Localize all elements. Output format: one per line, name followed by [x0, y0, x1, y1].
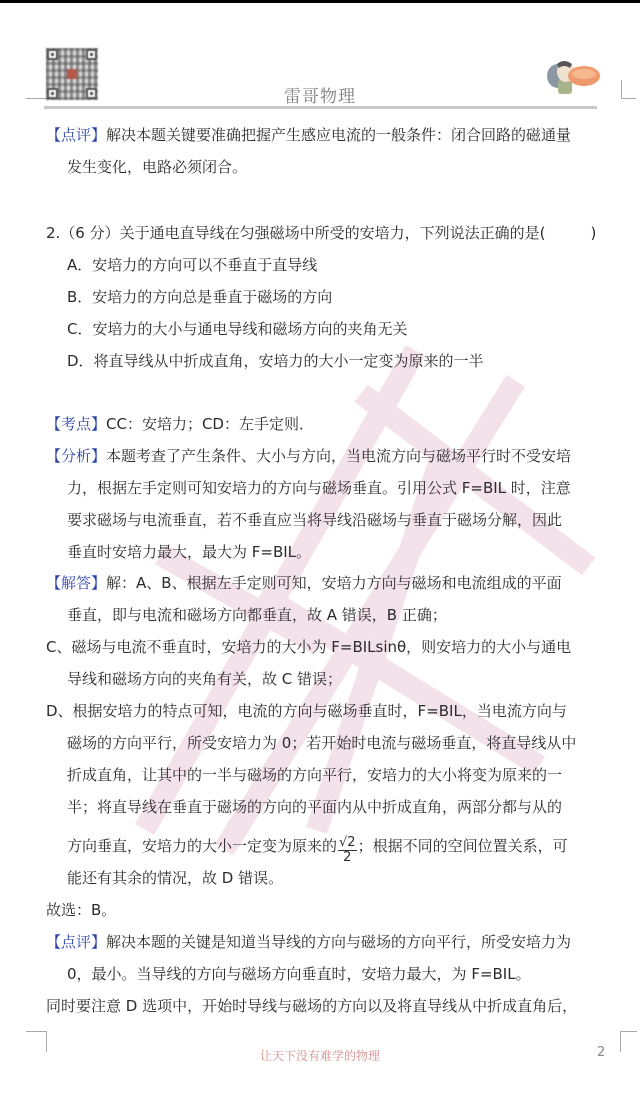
review-tag: 【点评】 — [46, 126, 106, 144]
qr-finder-icon — [86, 49, 97, 60]
fenxi-line-1: 【分析】本题考查了产生条件、大小与方向，当电流方向与磁场平行时不受安培 — [46, 446, 571, 466]
footer-corner-mark-right — [620, 1031, 637, 1052]
fenxi-line-3: 要求磁场与电流垂直，若不垂直应当将导线沿磁场与垂直于磁场分解，因此 — [67, 510, 562, 530]
kaodian-line: 【考点】CC：安培力；CD：左手定则． — [46, 414, 314, 434]
jieda-line-6: 磁场的方向平行，所受安培力为 0；若开始时电流与磁场垂直，将直导线从中 — [67, 733, 576, 753]
jieda-line-8: 半；将直导线在垂直于磁场的方向的平面内从中折成直角，两部分都与从的 — [67, 797, 562, 817]
fenxi-line-4: 垂直时安培力最大，最大为 F=BIL。 — [67, 542, 311, 562]
jieda-line-2: 垂直，即与电流和磁场方向都垂直，故 A 错误，B 正确； — [67, 605, 447, 625]
question-stem: 2.（6 分）关于通电直导线在匀强磁场中所受的安培力，下列说法正确的是( ) — [46, 223, 596, 243]
kaodian-tag: 【考点】 — [46, 415, 106, 433]
jieda-line-5: D、根据安培力的特点可知，电流的方向与磁场垂直时，F=BIL，当电流方向与 — [46, 701, 567, 721]
review-line-1: 【点评】解决本题的关键是知道当导线的方向与磁场的方向平行，所受安培力为 — [46, 932, 571, 952]
jieda-line-9: 方向垂直，安培力的大小一定变为原来的√22；根据不同的空间位置关系，可 — [67, 832, 568, 861]
top-bar — [0, 0, 640, 3]
review-line-2: 0，最小。当导线的方向与磁场方向垂直时，安培力最大，为 F=BIL。 — [67, 964, 531, 984]
jieda-line-3: C、磁场与电流不垂直时，安培力的大小为 F=BILsinθ，则安培力的大小与通电 — [46, 637, 571, 657]
page-number: 2 — [597, 1045, 605, 1060]
review-tag: 【点评】 — [46, 933, 106, 951]
option-c: C．安培力的大小与通电导线和磁场方向的夹角无关 — [67, 319, 407, 339]
jieda-line-7: 折成直角，让其中的一半与磁场的方向平行，安培力的大小将变为原来的一 — [67, 765, 562, 785]
sqrt2-over-2-fraction: √22 — [338, 836, 357, 865]
mascot-icon — [544, 58, 602, 96]
jieda-line-1: 【解答】解：A、B、根据左手定则可知，安培力方向与磁场和电流组成的平面 — [46, 573, 562, 593]
jieda-tag: 【解答】 — [46, 574, 106, 592]
header-corner-mark — [621, 80, 636, 99]
prev-review-line-2: 发生变化，电路必须闭合。 — [67, 157, 247, 177]
qr-logo-icon — [67, 69, 77, 79]
option-b: B．安培力的方向总是垂直于磁场的方向 — [67, 287, 332, 307]
answer-line: 故选：B。 — [46, 900, 116, 920]
header-rule — [44, 106, 597, 109]
fenxi-line-2: 力，根据左手定则可知安培力的方向与磁场垂直。引用公式 F=BIL 时，注意 — [67, 478, 571, 498]
option-a: A．安培力的方向可以不垂直于直导线 — [67, 255, 317, 275]
qr-finder-icon — [47, 49, 58, 60]
prev-review-line-1: 【点评】解决本题关键要准确把握产生感应电流的一般条件：闭合回路的磁通量 — [46, 125, 571, 145]
option-d: D．将直导线从中折成直角，安培力的大小一定变为原来的一半 — [67, 351, 484, 371]
jieda-line-10: 能还有其余的情况，故 D 错误。 — [67, 868, 283, 888]
footer-slogan: 让天下没有难学的物理 — [0, 1047, 640, 1064]
fenxi-tag: 【分析】 — [46, 447, 106, 465]
jieda-line-4: 导线和磁场方向的夹角有关，故 C 错误； — [67, 669, 342, 689]
review-line-3: 同时要注意 D 选项中，开始时导线与磁场的方向以及将直导线从中折成直角后， — [46, 996, 577, 1016]
